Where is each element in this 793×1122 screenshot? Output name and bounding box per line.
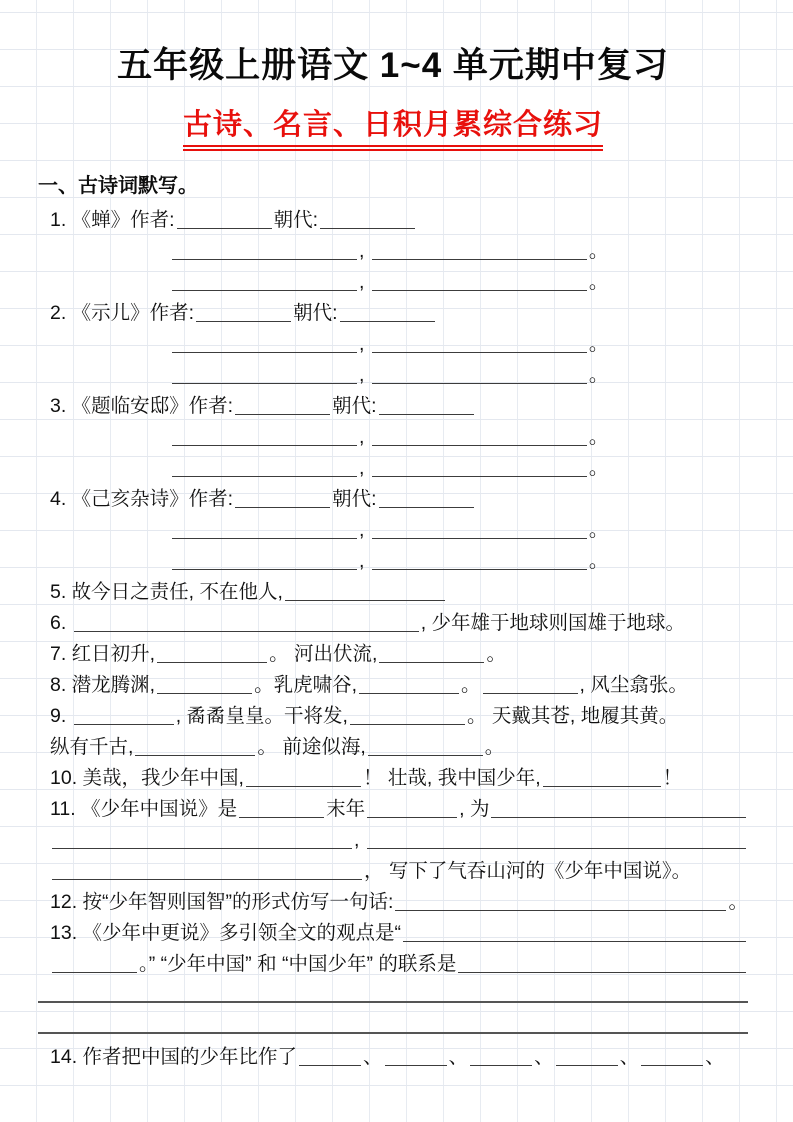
answer-blank xyxy=(372,381,587,384)
line-text: , 为 xyxy=(459,795,489,824)
section-heading: 一、古诗词默写。 xyxy=(38,169,748,198)
line-text: 。 河出伏流, xyxy=(269,640,377,669)
line-text: 12. 按“少年智则国智”的形式仿写一句话: xyxy=(50,888,393,917)
line-text: 4. 《己亥杂诗》作者: xyxy=(50,485,233,514)
line-text: 。 xyxy=(589,361,609,390)
line-text: , xyxy=(359,330,370,359)
worksheet-line: , 。 xyxy=(38,359,748,390)
answer-blank xyxy=(483,691,578,694)
answer-blank xyxy=(246,784,361,787)
line-text: ！ xyxy=(663,764,683,793)
answer-blank xyxy=(74,629,419,632)
answer-blank xyxy=(367,815,457,818)
line-text: 末年 xyxy=(326,795,365,824)
page-title: 五年级上册语文 1~4 单元期中复习 xyxy=(38,38,748,88)
answer-blank xyxy=(320,226,415,229)
line-text: 朝代: xyxy=(332,485,376,514)
line-text: 1. 《蝉》作者: xyxy=(50,206,175,235)
worksheet-line: 9. , 矞矞皇皇。干将发,。 天戴其苍, 地履其黄。 xyxy=(38,700,748,731)
line-text: , 风尘翕张。 xyxy=(580,671,688,700)
line-text: , xyxy=(359,361,370,390)
answer-blank xyxy=(470,1063,532,1066)
line-text: 。” “少年中国” 和 “中国少年” 的联系是 xyxy=(139,950,456,979)
worksheet-line: 10. 美哉，我少年中国,！ 壮哉, 我中国少年,！ xyxy=(38,762,748,793)
line-text: , 少年雄于地球则国雄于地球。 xyxy=(421,609,685,638)
worksheet-line: 3. 《题临安邸》作者:朝代: xyxy=(38,390,748,421)
line-text: , xyxy=(359,454,370,483)
answer-blank xyxy=(177,226,272,229)
line-text: 、 xyxy=(449,1043,469,1072)
worksheet-line: 14. 作者把中国的少年比作了、、、、、 xyxy=(38,1041,748,1072)
line-text: 2. 《示儿》作者: xyxy=(50,299,194,328)
worksheet-line: , 。 xyxy=(38,266,748,297)
line-text: 。 xyxy=(589,268,609,297)
answer-blank xyxy=(379,412,474,415)
line-text: 。 前途似海, xyxy=(257,733,365,762)
worksheet-line: 7. 红日初升,。 河出伏流,。 xyxy=(38,638,748,669)
answer-blank xyxy=(641,1063,703,1066)
answer-blank xyxy=(52,877,362,880)
line-text: 。 xyxy=(589,454,609,483)
line-text: 朝代: xyxy=(293,299,337,328)
answer-blank xyxy=(403,939,746,942)
line-text: 、 xyxy=(705,1043,725,1072)
worksheet-line: , 。 xyxy=(38,514,748,545)
answer-blank xyxy=(74,722,174,725)
line-text: 。乳虎啸谷, xyxy=(254,671,357,700)
worksheet-line: 11. 《少年中国说》是末年, 为 xyxy=(38,793,748,824)
answer-blank xyxy=(172,288,357,291)
answer-blank xyxy=(359,691,459,694)
line-text: 、 xyxy=(363,1043,383,1072)
line-text: 9. xyxy=(50,702,72,731)
answer-blank xyxy=(172,443,357,446)
page-subtitle-wrap: 古诗、名言、日积月累综合练习 xyxy=(38,102,748,151)
line-text: , xyxy=(359,423,370,452)
worksheet-line: 5. 故今日之责任, 不在他人, xyxy=(38,576,748,607)
answer-blank xyxy=(556,1063,618,1066)
line-text: 。 xyxy=(461,671,481,700)
answer-blank xyxy=(52,846,352,849)
answer-blank xyxy=(372,536,587,539)
answer-blank xyxy=(368,753,483,756)
worksheet-line: 12. 按“少年智则国智”的形式仿写一句话:。 xyxy=(38,886,748,917)
line-text: 5. 故今日之责任, 不在他人, xyxy=(50,578,283,607)
answer-blank xyxy=(172,257,357,260)
worksheet-body: 1. 《蝉》作者:朝代:, 。, 。2. 《示儿》作者:朝代:, 。, 。3. … xyxy=(38,204,748,1072)
answer-blank xyxy=(379,660,484,663)
line-text: 。 xyxy=(589,547,609,576)
answer-blank xyxy=(172,567,357,570)
line-text: 14. 作者把中国的少年比作了 xyxy=(50,1043,297,1072)
worksheet-line: ， 写下了气吞山河的《少年中国说》。 xyxy=(38,855,748,886)
line-text: , xyxy=(359,268,370,297)
answer-blank xyxy=(367,846,746,849)
answer-blank-full xyxy=(38,1030,748,1034)
line-text: 7. 红日初升, xyxy=(50,640,155,669)
line-text: ， 写下了气吞山河的《少年中国说》。 xyxy=(364,857,691,886)
worksheet-line: 8. 潜龙腾渊,。乳虎啸谷,。, 风尘翕张。 xyxy=(38,669,748,700)
line-text: 。 xyxy=(589,516,609,545)
line-text: 、 xyxy=(620,1043,640,1072)
answer-blank xyxy=(299,1063,361,1066)
worksheet-line: 纵有千古,。 前途似海,。 xyxy=(38,731,748,762)
line-text: , xyxy=(354,826,365,855)
line-text: 3. 《题临安邸》作者: xyxy=(50,392,233,421)
line-text: 朝代: xyxy=(274,206,318,235)
worksheet-line: 。” “少年中国” 和 “中国少年” 的联系是 xyxy=(38,948,748,979)
line-text: 、 xyxy=(534,1043,554,1072)
worksheet-line: 6. , 少年雄于地球则国雄于地球。 xyxy=(38,607,748,638)
line-text: , xyxy=(359,516,370,545)
answer-blank xyxy=(491,815,746,818)
line-text: 11. 《少年中国说》是 xyxy=(50,795,237,824)
answer-blank xyxy=(372,350,587,353)
answer-blank xyxy=(235,412,330,415)
line-text: 10. 美哉，我少年中国, xyxy=(50,764,244,793)
line-text: 。 xyxy=(485,733,505,762)
line-text: , xyxy=(359,547,370,576)
worksheet-page: 五年级上册语文 1~4 单元期中复习 古诗、名言、日积月累综合练习 一、古诗词默… xyxy=(0,0,793,1072)
line-text: 朝代: xyxy=(332,392,376,421)
line-text: , 矞矞皇皇。干将发, xyxy=(176,702,348,731)
worksheet-line: 1. 《蝉》作者:朝代: xyxy=(38,204,748,235)
line-text: ！ 壮哉, 我中国少年, xyxy=(363,764,541,793)
line-text: 。 xyxy=(589,237,609,266)
line-text: 。 xyxy=(589,330,609,359)
line-text: 纵有千古, xyxy=(50,733,133,762)
answer-blank xyxy=(52,970,137,973)
answer-blank xyxy=(172,536,357,539)
answer-blank xyxy=(172,474,357,477)
line-text: 13. 《少年中更说》多引领全文的观点是“ xyxy=(50,919,401,948)
worksheet-line: , 。 xyxy=(38,545,748,576)
answer-blank xyxy=(372,567,587,570)
answer-blank xyxy=(395,908,726,911)
answer-blank xyxy=(385,1063,447,1066)
line-text: 8. 潜龙腾渊, xyxy=(50,671,155,700)
answer-blank xyxy=(372,443,587,446)
worksheet-line: , 。 xyxy=(38,421,748,452)
answer-blank xyxy=(379,505,474,508)
answer-blank xyxy=(372,474,587,477)
answer-blank xyxy=(196,319,291,322)
line-text: , xyxy=(359,237,370,266)
line-text: 。 xyxy=(589,423,609,452)
worksheet-line: 4. 《己亥杂诗》作者:朝代: xyxy=(38,483,748,514)
answer-blank xyxy=(135,753,255,756)
worksheet-line: , 。 xyxy=(38,235,748,266)
answer-blank xyxy=(157,660,267,663)
answer-blank xyxy=(172,381,357,384)
answer-blank xyxy=(458,970,746,973)
answer-rule-line xyxy=(38,1010,748,1041)
worksheet-line: 13. 《少年中更说》多引领全文的观点是“ xyxy=(38,917,748,948)
line-text: 6. xyxy=(50,609,72,638)
answer-blank xyxy=(350,722,465,725)
line-text: 。 xyxy=(486,640,506,669)
answer-blank-full xyxy=(38,999,748,1003)
answer-blank xyxy=(285,598,445,601)
answer-rule-line xyxy=(38,979,748,1010)
answer-blank xyxy=(543,784,661,787)
answer-blank xyxy=(340,319,435,322)
worksheet-line: , xyxy=(38,824,748,855)
answer-blank xyxy=(372,257,587,260)
answer-blank xyxy=(372,288,587,291)
page-subtitle: 古诗、名言、日积月累综合练习 xyxy=(183,102,603,151)
answer-blank xyxy=(157,691,252,694)
line-text: 。 天戴其苍, 地履其黄。 xyxy=(467,702,678,731)
worksheet-line: , 。 xyxy=(38,328,748,359)
line-text: 。 xyxy=(728,888,748,917)
answer-blank xyxy=(239,815,324,818)
worksheet-line: 2. 《示儿》作者:朝代: xyxy=(38,297,748,328)
answer-blank xyxy=(172,350,357,353)
answer-blank xyxy=(235,505,330,508)
worksheet-line: , 。 xyxy=(38,452,748,483)
